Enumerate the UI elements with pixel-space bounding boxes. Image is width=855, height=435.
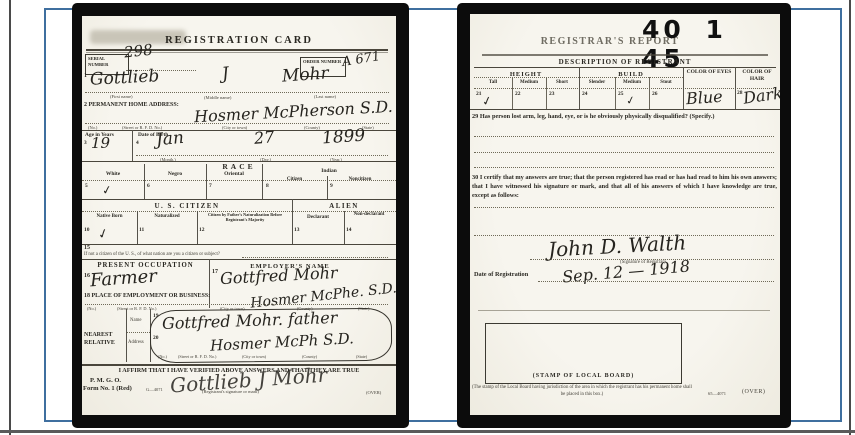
race-col-oriental: Oriental (206, 171, 262, 177)
relative-address-label: Address (128, 340, 144, 345)
registration-date-label: Date of Registration (474, 271, 528, 278)
employment-label: 18 PLACE OF EMPLOYMENT OR BUSINESS: (84, 293, 210, 299)
rule-15-top (82, 244, 396, 245)
num-26: 26 (652, 91, 658, 97)
num-22: 22 (515, 91, 521, 97)
registration-card: REGISTRATION CARD SERIAL NUMBER 298 ORDE… (82, 16, 396, 415)
lower-section-rule (478, 310, 770, 311)
cit-col-native: Native Born (82, 214, 137, 219)
race-divider-1 (144, 164, 145, 199)
outer-border-right (849, 0, 851, 435)
race-divider-3 (262, 164, 263, 199)
left-over-label: (OVER) (366, 390, 381, 395)
cit-col-naturalized: Naturalized (137, 214, 197, 219)
q29-line-3 (474, 167, 774, 168)
table-subheader-sep (474, 88, 776, 89)
race-num-6: 6 (147, 183, 150, 189)
stamp-box-note: (The stamp of the Local Board having jur… (472, 385, 692, 398)
relative-name-label: Name (130, 318, 141, 323)
middle-name-value: J (221, 64, 230, 85)
first-name-label: (First name) (110, 94, 133, 99)
employment-baseline (85, 304, 388, 305)
cit-num-12: 12 (199, 227, 205, 233)
rel-label-county: (County) (302, 354, 317, 359)
question-29: 29 Has person lost arm, leg, hand, eye, … (472, 113, 778, 122)
cit-num-11: 11 (139, 227, 144, 233)
rule-occupation-top (82, 259, 396, 260)
occupation-value: Farmer (89, 266, 157, 292)
race-col-negro: Negro (144, 171, 206, 177)
citizen-divider-2 (197, 211, 198, 244)
outer-border-bottom (0, 430, 855, 433)
last-name-value: Mohr (281, 63, 329, 86)
race-divider-4 (327, 176, 328, 199)
race-num-5: 5 (85, 183, 88, 189)
race-num-8: 8 (266, 183, 269, 189)
col-height-medium: Medium (512, 80, 546, 85)
cit-num-10: 10 (84, 227, 90, 233)
native-born-checkmark: ✓ (96, 226, 111, 244)
line-number-1: 1 (84, 73, 87, 79)
hair-title: COLOR OF HAIR (735, 69, 779, 83)
pmgo-text: P. M. G. O. (90, 377, 121, 384)
outer-border-left (9, 0, 11, 435)
cit-col-nondeclarant: Non-declarant (344, 212, 394, 219)
line-number-4: 4 (136, 140, 139, 146)
report-title-rule (482, 54, 768, 56)
race-col-indian: Indian (262, 168, 396, 174)
table-divider-h2 (546, 77, 547, 109)
scanned-draft-card-viewer: REGISTRATION CARD SERIAL NUMBER 298 ORDE… (0, 0, 855, 435)
home-address-label: 2 PERMANENT HOME ADDRESS: (84, 102, 179, 108)
home-address-value: Hosmer McPherson S.D. (194, 97, 393, 126)
report-form-code: 65—4071 (708, 391, 726, 396)
num-23: 23 (549, 91, 555, 97)
registration-date-value: Sep. 12 — 1918 (561, 256, 690, 286)
q29-line-1 (474, 136, 774, 137)
right-over-label: (OVER) (742, 389, 765, 395)
num-24: 24 (582, 91, 588, 97)
name-baseline (85, 92, 389, 93)
middle-name-label: (Middle name) (204, 95, 231, 100)
q30-line-1 (474, 207, 774, 208)
registrant-signature-label: (Registrant's signature or mark) (202, 389, 259, 394)
table-divider-eh (735, 67, 736, 109)
last-name-label: (Last name) (314, 94, 336, 99)
race-num-9: 9 (330, 183, 333, 189)
race-col-white: White (82, 171, 144, 177)
stamp-box-label: (STAMP OF LOCAL BOARD) (486, 373, 681, 379)
local-board-stamp-box: (STAMP OF LOCAL BOARD) (485, 323, 682, 384)
us-citizen-title: U. S. CITIZEN (82, 202, 292, 210)
line-number-17: 17 (212, 269, 218, 275)
eyes-value: Blue (685, 87, 723, 109)
col-build-medium: Medium (615, 80, 649, 85)
description-rule (474, 67, 776, 68)
table-divider-h1 (512, 77, 513, 109)
dob-baseline (136, 155, 388, 156)
nearest-relative-title: NEAREST RELATIVE (84, 332, 126, 348)
dob-year-value: 1899 (321, 126, 366, 149)
registrars-report: REGISTRAR'S REPORT 40 1 45 DESCRIPTION O… (470, 14, 780, 415)
race-white-checkmark: ✓ (101, 182, 113, 198)
cit-num-14: 14 (346, 227, 352, 233)
form-code-text: G—4071 (146, 387, 163, 392)
line-number-15: 15 (84, 245, 90, 251)
rel-label-street: (Street or R. F. D. No.) (178, 354, 216, 359)
col-stout: Stout (649, 80, 683, 85)
relative-row-sep (127, 332, 150, 333)
alien-title: ALIEN (292, 202, 396, 210)
address-baseline (85, 123, 389, 124)
num-25: 25 (618, 91, 624, 97)
citizen-alien-divider (292, 199, 293, 244)
rel-label-city: (City or town) (242, 354, 266, 359)
table-divider-b2 (649, 77, 650, 109)
race-divider-2 (206, 164, 207, 199)
col-slender: Slender (579, 80, 615, 85)
emp-label-no: (No.) (87, 306, 96, 311)
race-num-7: 7 (209, 183, 212, 189)
table-divider-be (683, 67, 684, 109)
line-number-3: 3 (84, 140, 87, 146)
dob-month-value: Jan (155, 128, 185, 150)
table-divider-hb (579, 67, 580, 109)
race-header-sep (82, 180, 396, 181)
col-tall: Tall (474, 80, 512, 85)
line15-baseline (242, 257, 388, 258)
cit-col-declarant: Declarant (292, 214, 344, 220)
serial-number-value: 298 (123, 41, 153, 62)
first-name-value: Gottlieb (90, 66, 160, 90)
tall-checkmark: ✓ (480, 93, 493, 109)
table-bottom-rule (470, 109, 780, 110)
table-divider-b1 (615, 77, 616, 109)
rule-citizen-top (82, 199, 396, 200)
rule-affirm-top (82, 364, 396, 366)
age-value: 19 (91, 134, 110, 152)
age-dob-divider (132, 130, 133, 161)
col-short: Short (546, 80, 578, 85)
q29-line-2 (474, 152, 774, 153)
rel-label-no: (No.) (158, 354, 167, 359)
eyes-title: COLOR OF EYES (683, 69, 735, 76)
cit-col-father: Citizen by Father's Naturalization Befor… (199, 212, 291, 223)
description-title: DESCRIPTION OF REGISTRANT (470, 58, 780, 66)
form-number-text: Form No. 1 (Red) (83, 385, 132, 392)
question-30: 30 I certify that my answers are true; t… (472, 173, 777, 200)
cit-num-13: 13 (294, 227, 300, 233)
dob-day-value: 27 (253, 127, 275, 148)
relative-divider-1 (126, 309, 127, 362)
hair-value: Dark (742, 83, 780, 107)
line15-text: If not a citizen of the U. S., of what n… (84, 252, 220, 257)
rel-label-state: (State) (356, 354, 367, 359)
date-baseline (538, 281, 774, 282)
build-medium-checkmark: ✓ (625, 93, 637, 108)
